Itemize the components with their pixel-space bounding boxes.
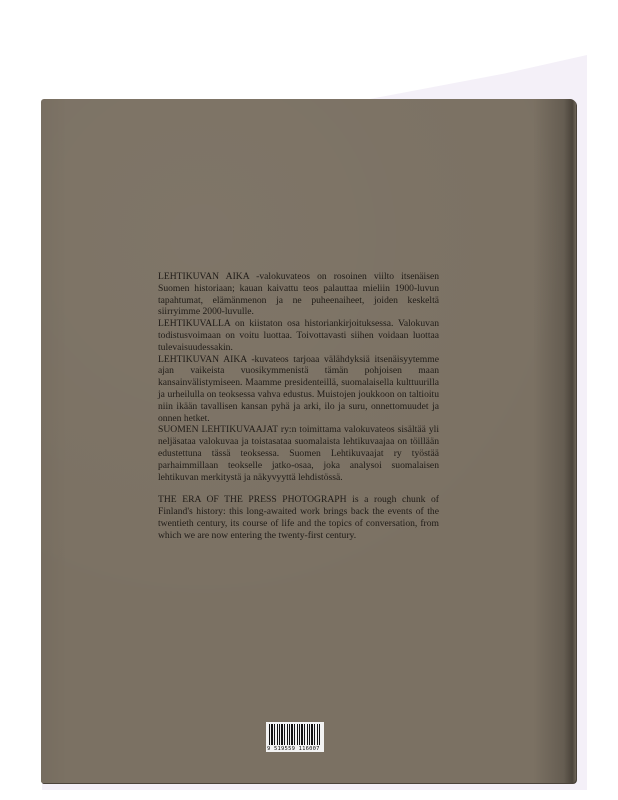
blurb-lead: LEHTIKUVAN AIKA	[158, 271, 249, 282]
book-back-cover: LEHTIKUVAN AIKA -valokuvateos on rosoine…	[41, 99, 576, 783]
back-cover-blurb: LEHTIKUVAN AIKA -valokuvateos on rosoine…	[158, 271, 439, 542]
blurb-paragraph-3: LEHTIKUVAN AIKA -kuvateos tarjoaa välähd…	[158, 354, 439, 425]
blurb-lead: THE ERA OF THE PRESS PHOTOGRAPH	[158, 494, 347, 505]
blurb-paragraph-english: THE ERA OF THE PRESS PHOTOGRAPH is a rou…	[158, 494, 439, 541]
blurb-paragraph-1: LEHTIKUVAN AIKA -valokuvateos on rosoine…	[158, 271, 439, 318]
book-edge	[564, 99, 576, 783]
barcode-digits: 9 519559 116007	[267, 746, 323, 752]
barcode: 9 519559 116007	[266, 722, 324, 752]
blurb-lead: LEHTIKUVAN AIKA	[158, 354, 247, 365]
blurb-lead: SUOMEN LEHTIKUVAAJAT	[158, 424, 278, 435]
blurb-paragraph-2: LEHTIKUVALLA on kiistaton osa historiank…	[158, 318, 439, 353]
blurb-lead: LEHTIKUVALLA	[158, 318, 230, 329]
barcode-icon	[269, 724, 321, 745]
blurb-paragraph-4: SUOMEN LEHTIKUVAAJAT ry:n toimittama val…	[158, 424, 439, 483]
